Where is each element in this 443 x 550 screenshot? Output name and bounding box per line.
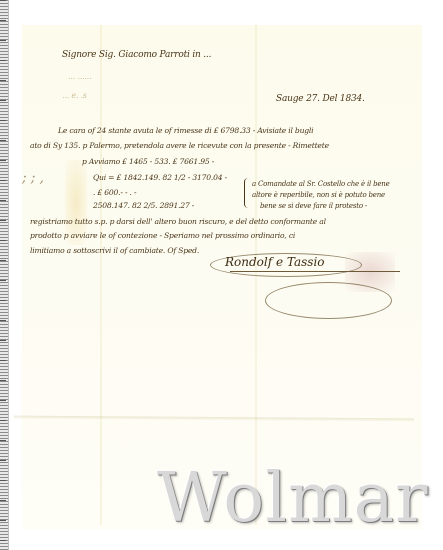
body-line: prodotto p avviare le of contezione - Sp… <box>30 231 295 240</box>
signature: Rondolf e Tassio <box>225 255 405 285</box>
addressee-line-2: ... ...... <box>68 72 91 81</box>
body-line: limitiamo a sottoscrivi il of cambiate. … <box>30 246 199 255</box>
addressee-line: Signore Sig. Giacomo Parroti in ... <box>62 50 211 60</box>
body-line: . £ 600.- - . - <box>93 188 136 197</box>
body-line: p Avviamo £ 1465 - 533. £ 7661.95 - <box>82 157 214 166</box>
ruler-major-ticks <box>0 0 6 550</box>
side-note-brace <box>244 178 251 208</box>
body-line: Le cara of 24 stante avuta le of rimesse… <box>58 126 313 135</box>
paper-fold-vertical <box>100 25 102 525</box>
body-line: registriamo tutto s.p. p darsi dell' alt… <box>30 217 326 226</box>
side-note-line: altore è reperibile, non si è potuto ben… <box>252 190 385 200</box>
margin-marks: ; ; , <box>22 170 44 186</box>
body-line: Qui = £ 1842.149. 82 1/2 - 3170.04 - <box>93 173 227 182</box>
body-line: ato di Sy 135. p Palermo, pretendola ave… <box>30 141 329 150</box>
side-note-line: a Comandate al Sr. Costello che è il ben… <box>252 179 390 189</box>
addressee-line-3: ... e. .s <box>62 91 87 100</box>
body-line: 2508.147. 82 2/5. 2891.27 - <box>93 201 194 210</box>
place-date: Sauge 27. Del 1834. <box>276 94 365 104</box>
side-note-line: bene se si deve fare il protesto - <box>260 201 367 211</box>
signature-flourish-lower <box>265 282 392 319</box>
watermark-text: Wolmar <box>157 465 429 533</box>
